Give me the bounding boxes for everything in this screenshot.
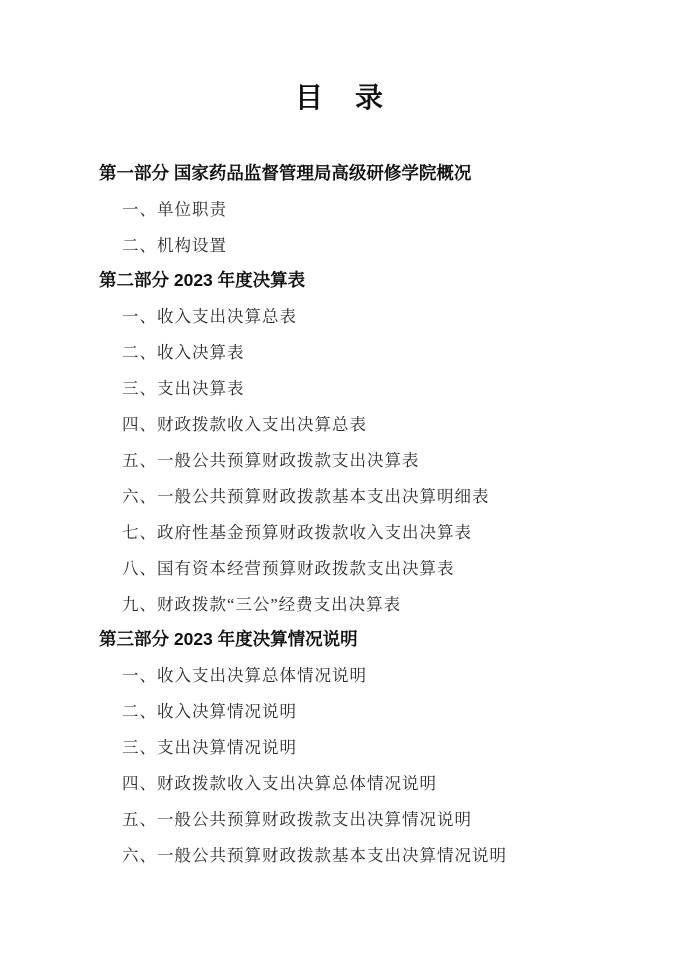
toc-item: 二、收入决算情况说明 <box>122 701 680 723</box>
toc-item: 一、收入支出决算总体情况说明 <box>122 665 680 687</box>
document-page: 目 录 第一部分 国家药品监督管理局高级研修学院概况 一、单位职责 二、机构设置… <box>0 0 680 962</box>
toc-item: 三、支出决算表 <box>122 378 680 400</box>
toc-section-heading: 第一部分 国家药品监督管理局高级研修学院概况 <box>99 162 680 185</box>
toc-item: 九、财政拨款“三公”经费支出决算表 <box>122 594 680 616</box>
toc-section-heading: 第三部分 2023 年度决算情况说明 <box>99 628 680 651</box>
toc-item: 三、支出决算情况说明 <box>122 737 680 759</box>
toc-section-part2: 第二部分 2023 年度决算表 一、收入支出决算总表 二、收入决算表 三、支出决… <box>0 269 680 616</box>
toc-section-part1: 第一部分 国家药品监督管理局高级研修学院概况 一、单位职责 二、机构设置 <box>0 162 680 257</box>
toc-item: 四、财政拨款收入支出决算总表 <box>122 414 680 436</box>
toc-item: 五、一般公共预算财政拨款支出决算情况说明 <box>122 809 680 831</box>
toc-item: 六、一般公共预算财政拨款基本支出决算明细表 <box>122 486 680 508</box>
table-of-contents: 第一部分 国家药品监督管理局高级研修学院概况 一、单位职责 二、机构设置 第二部… <box>0 162 680 867</box>
page-title: 目 录 <box>0 0 680 114</box>
toc-item: 一、单位职责 <box>122 199 680 221</box>
toc-section-part3: 第三部分 2023 年度决算情况说明 一、收入支出决算总体情况说明 二、收入决算… <box>0 628 680 867</box>
toc-item: 一、收入支出决算总表 <box>122 306 680 328</box>
toc-item: 四、财政拨款收入支出决算总体情况说明 <box>122 773 680 795</box>
toc-item: 七、政府性基金预算财政拨款收入支出决算表 <box>122 522 680 544</box>
toc-item: 二、机构设置 <box>122 235 680 257</box>
toc-item: 五、一般公共预算财政拨款支出决算表 <box>122 450 680 472</box>
toc-item: 二、收入决算表 <box>122 342 680 364</box>
toc-item: 八、国有资本经营预算财政拨款支出决算表 <box>122 558 680 580</box>
toc-item: 六、一般公共预算财政拨款基本支出决算情况说明 <box>122 845 680 867</box>
toc-section-heading: 第二部分 2023 年度决算表 <box>99 269 680 292</box>
